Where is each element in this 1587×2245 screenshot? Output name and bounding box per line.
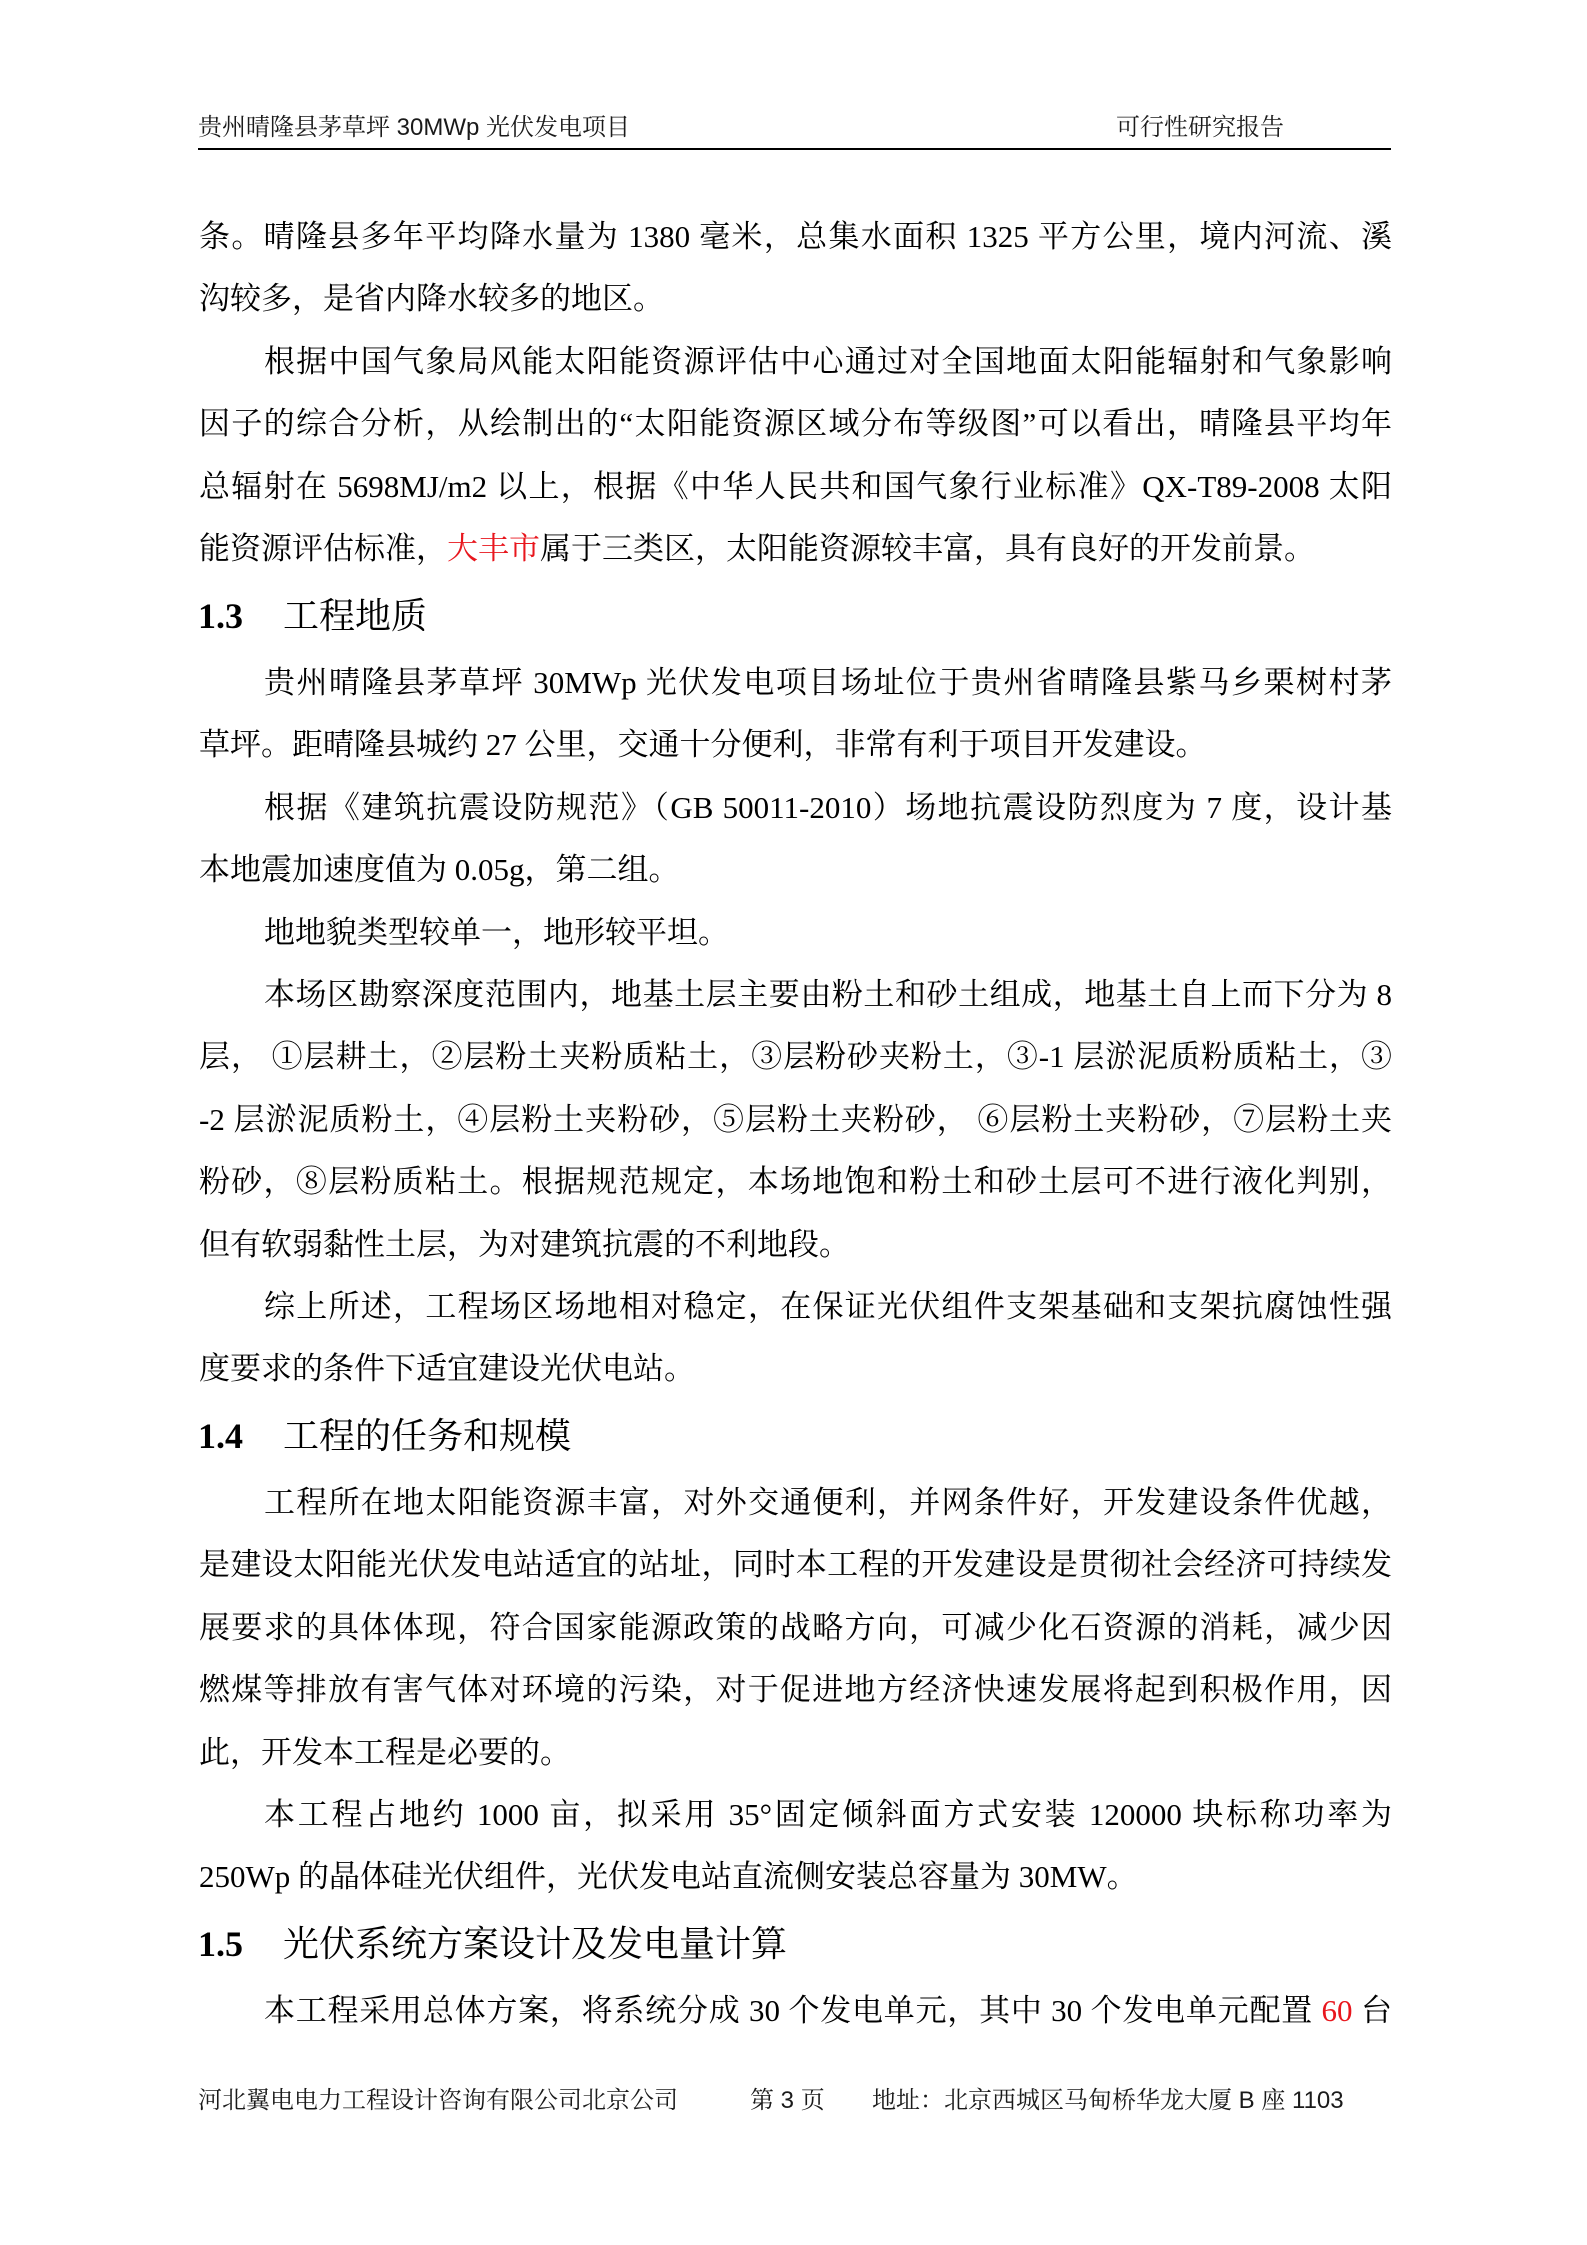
highlighted-text: 大丰市 <box>447 531 540 566</box>
paragraph-line: 层， ①层耕土，②层粉土夹粉质粘土，③层粉砂夹粉土，③-1 层淤泥质粉质粘土，③ <box>199 1037 1392 1077</box>
paragraph-line: 总辐射在 5698MJ/m2 以上，根据《中华人民共和国气象行业标准》QX-T8… <box>199 467 1392 507</box>
section-title: 工程的任务和规模 <box>283 1416 571 1456</box>
highlighted-text: 60 <box>1321 1993 1352 2028</box>
paragraph-line: 燃煤等排放有害气体对环境的污染，对于促进地方经济快速发展将起到积极作用，因 <box>199 1670 1392 1710</box>
line-text: 属于三类区，太阳能资源较丰富，具有良好的开发前景。 <box>540 531 1315 566</box>
paragraph-line: 综上所述，工程场区场地相对稳定，在保证光伏组件支架基础和支架抗腐蚀性强 <box>199 1287 1392 1327</box>
header-rule <box>198 148 1391 150</box>
line-text: 台 <box>1352 1993 1392 2028</box>
section-number: 1.4 <box>198 1412 283 1460</box>
paragraph-line: 条。晴隆县多年平均降水量为 1380 毫米，总集水面积 1325 平方公里，境内… <box>199 217 1392 257</box>
paragraph-line: 本场区勘察深度范围内，地基土层主要由粉土和砂土组成，地基土自上而下分为 8 <box>199 975 1392 1015</box>
paragraph-line: 但有软弱黏性土层，为对建筑抗震的不利地段。 <box>199 1225 1392 1265</box>
paragraph-line: 因子的综合分析，从绘制出的“太阳能资源区域分布等级图”可以看出，晴隆县平均年 <box>199 404 1392 444</box>
section-heading-1-4: 1.4工程的任务和规模 <box>198 1412 1391 1460</box>
paragraph-line: 贵州晴隆县茅草坪 30MWp 光伏发电项目场址位于贵州省晴隆县紫马乡栗树村茅 <box>199 663 1392 703</box>
line-text: 能资源评估标准， <box>199 531 447 566</box>
paragraph-line: 本工程占地约 1000 亩，拟采用 35°固定倾斜面方式安装 120000 块标… <box>199 1795 1392 1835</box>
paragraph-line: 根据中国气象局风能太阳能资源评估中心通过对全国地面太阳能辐射和气象影响 <box>199 342 1392 382</box>
header-report-type: 可行性研究报告 <box>1116 113 1284 143</box>
paragraph-line: 粉砂，⑧层粉质粘土。根据规范规定，本场地饱和粉土和砂土层可不进行液化判别， <box>199 1162 1392 1202</box>
paragraph-line: 能资源评估标准，大丰市属于三类区，太阳能资源较丰富，具有良好的开发前景。 <box>199 529 1392 569</box>
document-page: 贵州晴隆县茅草坪 30MWp 光伏发电项目 可行性研究报告 条。晴隆县多年平均降… <box>0 0 1587 2245</box>
paragraph-line: 此，开发本工程是必要的。 <box>199 1733 1392 1773</box>
paragraph-line: 本工程采用总体方案，将系统分成 30 个发电单元，其中 30 个发电单元配置 6… <box>199 1991 1392 2031</box>
paragraph-line: 沟较多，是省内降水较多的地区。 <box>199 279 1392 319</box>
paragraph-line: 是建设太阳能光伏发电站适宜的站址，同时本工程的开发建设是贯彻社会经济可持续发 <box>199 1545 1392 1585</box>
footer-address: 地址：北京西城区马甸桥华龙大厦 B 座 1103 <box>872 2086 1344 2116</box>
paragraph-line: -2 层淤泥质粉土，④层粉土夹粉砂，⑤层粉土夹粉砂， ⑥层粉土夹粉砂，⑦层粉土夹 <box>199 1100 1392 1140</box>
line-text: 本工程采用总体方案，将系统分成 30 个发电单元，其中 30 个发电单元配置 <box>264 1993 1321 2028</box>
section-heading-1-3: 1.3工程地质 <box>198 592 1391 640</box>
section-heading-1-5: 1.5光伏系统方案设计及发电量计算 <box>198 1920 1391 1968</box>
section-number: 1.3 <box>198 592 283 640</box>
paragraph-line: 度要求的条件下适宜建设光伏电站。 <box>199 1349 1392 1389</box>
footer-page-number: 第 3 页 <box>750 2086 825 2116</box>
page-number: 3 <box>781 2087 794 2114</box>
section-number: 1.5 <box>198 1920 283 1968</box>
header-project-title: 贵州晴隆县茅草坪 30MWp 光伏发电项目 <box>198 113 630 143</box>
paragraph-line: 根据《建筑抗震设防规范》（GB 50011-2010）场地抗震设防烈度为 7 度… <box>199 788 1392 828</box>
paragraph-line: 展要求的具体体现，符合国家能源政策的战略方向，可减少化石资源的消耗，减少因 <box>199 1608 1392 1648</box>
paragraph-line: 地地貌类型较单一，地形较平坦。 <box>199 913 1392 953</box>
section-title: 工程地质 <box>283 596 427 636</box>
section-title: 光伏系统方案设计及发电量计算 <box>283 1924 787 1964</box>
paragraph-line: 250Wp 的晶体硅光伏组件，光伏发电站直流侧安装总容量为 30MW。 <box>199 1857 1392 1897</box>
paragraph-line: 草坪。距晴隆县城约 27 公里，交通十分便利，非常有利于项目开发建设。 <box>199 725 1392 765</box>
page-suffix: 页 <box>801 2087 825 2114</box>
paragraph-line: 工程所在地太阳能资源丰富，对外交通便利，并网条件好，开发建设条件优越， <box>199 1483 1392 1523</box>
paragraph-line: 本地震加速度值为 0.05g，第二组。 <box>199 850 1392 890</box>
page-prefix: 第 <box>750 2087 774 2114</box>
footer-company: 河北翼电电力工程设计咨询有限公司北京公司 <box>198 2086 678 2116</box>
